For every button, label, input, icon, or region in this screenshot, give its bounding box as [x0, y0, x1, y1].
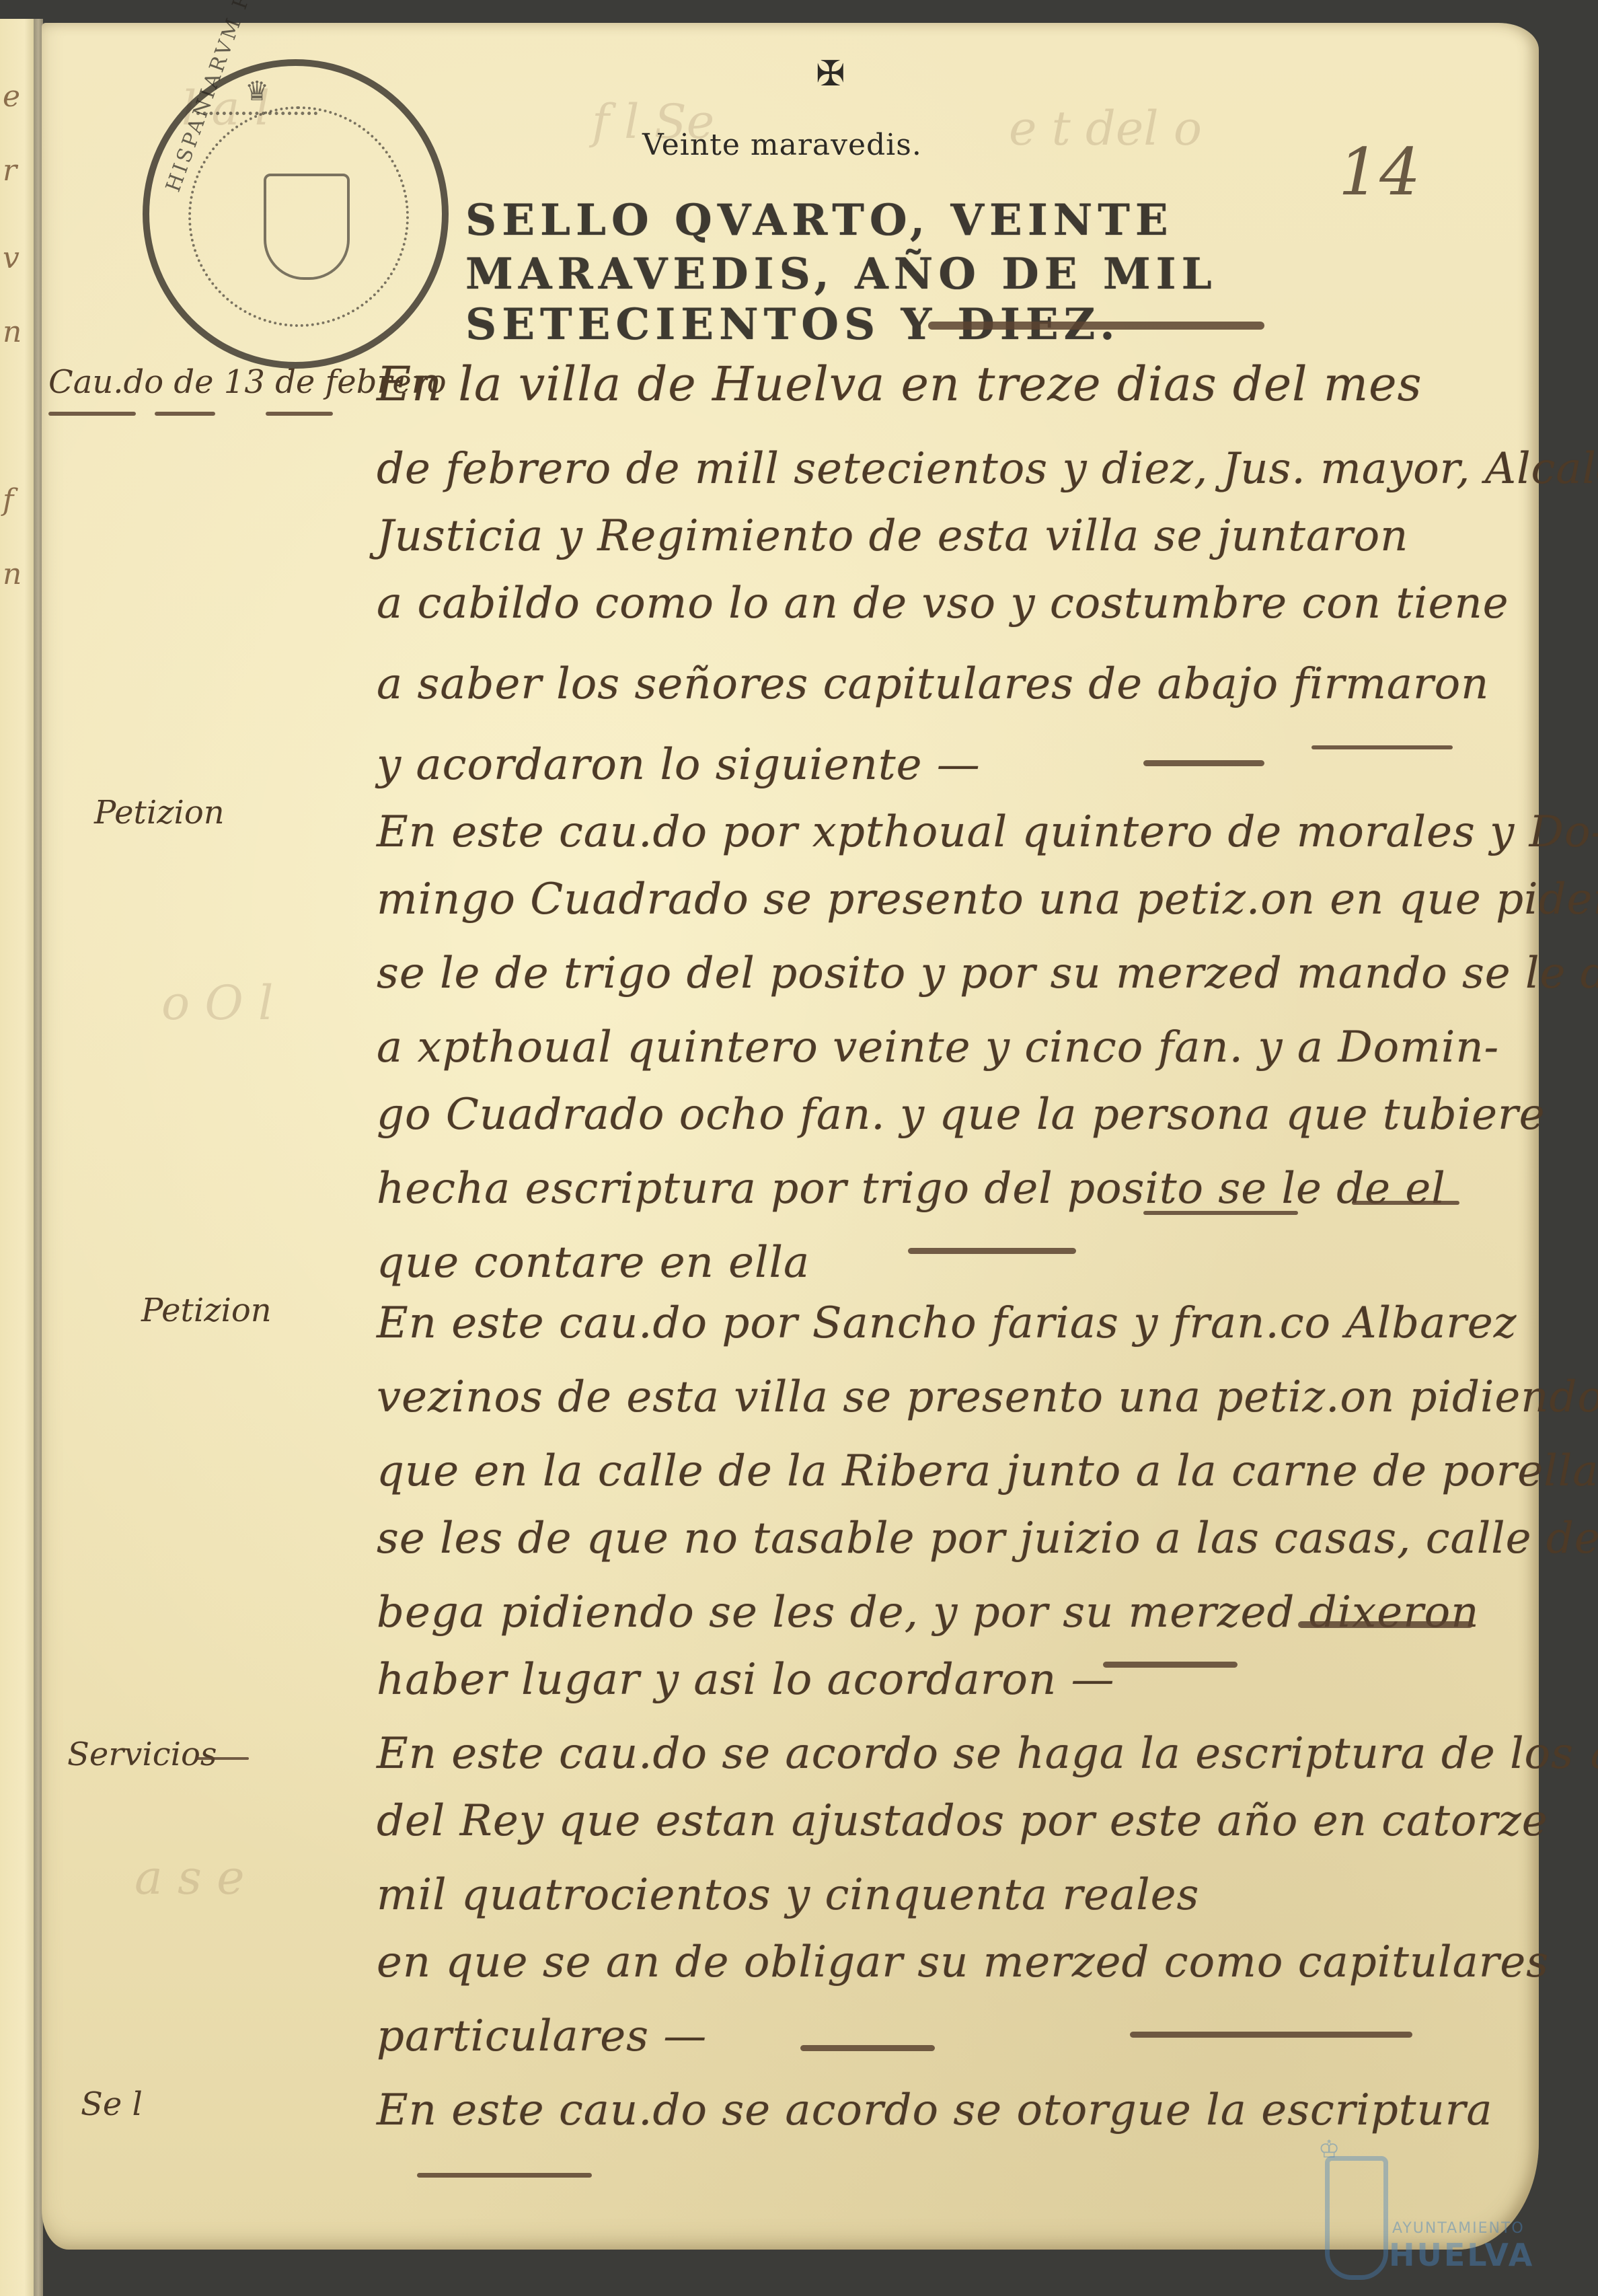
flourish-line: [1298, 1621, 1473, 1628]
royal-seal-stamp: ♛ HISPANIARVM REX: [143, 59, 449, 369]
cross-icon: ✠: [816, 54, 845, 94]
manuscript-line: particulares —: [377, 2011, 707, 2061]
bleed-through: e t del o: [1009, 101, 1202, 156]
manuscript-line: en que se an de obligar su merzed como c…: [377, 1937, 1549, 1987]
watermark-line-2: HUELVA: [1389, 2237, 1534, 2273]
watermark-line-1: AYUNTAMIENTO: [1392, 2220, 1525, 2237]
stamp-value: Veinte maravedis.: [642, 128, 922, 162]
stamp-title-line: SELLO QVARTO, VEINTE: [465, 195, 1174, 246]
manuscript-line: que en la calle de la Ribera junto a la …: [377, 1446, 1598, 1496]
underline: [266, 412, 333, 416]
flourish-line: [1130, 2032, 1412, 2038]
margin-note-petizion: Petizion: [94, 794, 225, 831]
manuscript-line: a cabildo como lo an de vso y costumbre …: [377, 579, 1509, 628]
manuscript-line: Justicia y Regimiento de esta villa se j…: [377, 511, 1408, 561]
manuscript-line: hecha escriptura por trigo del posito se…: [377, 1164, 1446, 1214]
manuscript-line: go Cuadrado ocho fan. y que la persona q…: [377, 1090, 1546, 1140]
flourish-line: [1311, 745, 1453, 749]
manuscript-line: vezinos de esta villa se presento una pe…: [377, 1372, 1598, 1422]
prev-page-mark: n: [3, 315, 22, 349]
bleed-through: o O l: [161, 975, 273, 1031]
prev-page-mark: v: [3, 241, 20, 275]
manuscript-line: En este cau.do se acordo se otorgue la e…: [377, 2085, 1492, 2135]
margin-note-petizion: Petizion: [141, 1292, 272, 1329]
shield-icon: [1325, 2156, 1388, 2280]
manuscript-scan: e r v n f n l a l f l Se e t del o o O l…: [0, 0, 1598, 2296]
manuscript-line: En este cau.do se acordo se haga la escr…: [377, 1729, 1598, 1779]
prev-page-mark: f: [3, 483, 13, 517]
underline: [48, 412, 136, 416]
underline: [195, 1757, 249, 1760]
manuscript-line: mil quatrocientos y cinquenta reales: [377, 1870, 1199, 1920]
manuscript-line: de febrero de mill setecientos y diez, J…: [377, 444, 1598, 494]
manuscript-line: se le de trigo del posito y por su merze…: [377, 949, 1598, 998]
folio-number: 14: [1338, 135, 1420, 210]
margin-note: Se l: [81, 2085, 143, 2123]
prev-page-mark: n: [3, 557, 22, 591]
archive-watermark: ♔ AYUNTAMIENTO HUELVA: [1318, 2156, 1493, 2291]
margin-note-servicios: Servicios: [67, 1736, 217, 1773]
manuscript-line: a xpthoual quintero veinte y cinco fan. …: [377, 1023, 1499, 1072]
manuscript-line: y acordaron lo siguiente —: [377, 740, 981, 790]
manuscript-line: mingo Cuadrado se presento una petiz.on …: [377, 875, 1598, 924]
flourish-line: [1143, 760, 1264, 766]
underline: [155, 412, 215, 416]
shield-icon: [264, 174, 350, 280]
flourish-line: [908, 1248, 1076, 1254]
manuscript-line: bega pidiendo se les de, y por su merzed…: [377, 1588, 1479, 1637]
flourish-line: [1143, 1211, 1298, 1215]
prev-page-mark: e: [3, 79, 20, 114]
flourish-line: [928, 322, 1264, 330]
manuscript-line: se les de que no tasable por juizio a la…: [377, 1514, 1598, 1563]
prev-page-mark: r: [3, 153, 17, 188]
stamp-title-line: MARAVEDIS, AÑO DE MIL: [465, 249, 1217, 299]
flourish-line: [1103, 1662, 1238, 1668]
manuscript-line: En este cau.do por xpthoual quintero de …: [377, 807, 1598, 857]
manuscript-line: a saber los señores capitulares de abajo…: [377, 659, 1489, 709]
manuscript-line: En la villa de Huelva en treze dias del …: [377, 357, 1422, 412]
flourish-line: [1352, 1201, 1459, 1205]
bleed-through: a s e: [135, 1850, 245, 1905]
manuscript-line: del Rey que estan ajustados por este año…: [377, 1796, 1548, 1846]
flourish-line: [800, 2045, 935, 2051]
manuscript-line: haber lugar y asi lo acordaron —: [377, 1655, 1115, 1705]
manuscript-line: que contare en ella: [377, 1238, 810, 1288]
flourish-line: [417, 2173, 592, 2178]
adjacent-page-edge: e r v n f n: [0, 19, 35, 2296]
manuscript-line: En este cau.do por Sancho farias y fran.…: [377, 1298, 1517, 1348]
